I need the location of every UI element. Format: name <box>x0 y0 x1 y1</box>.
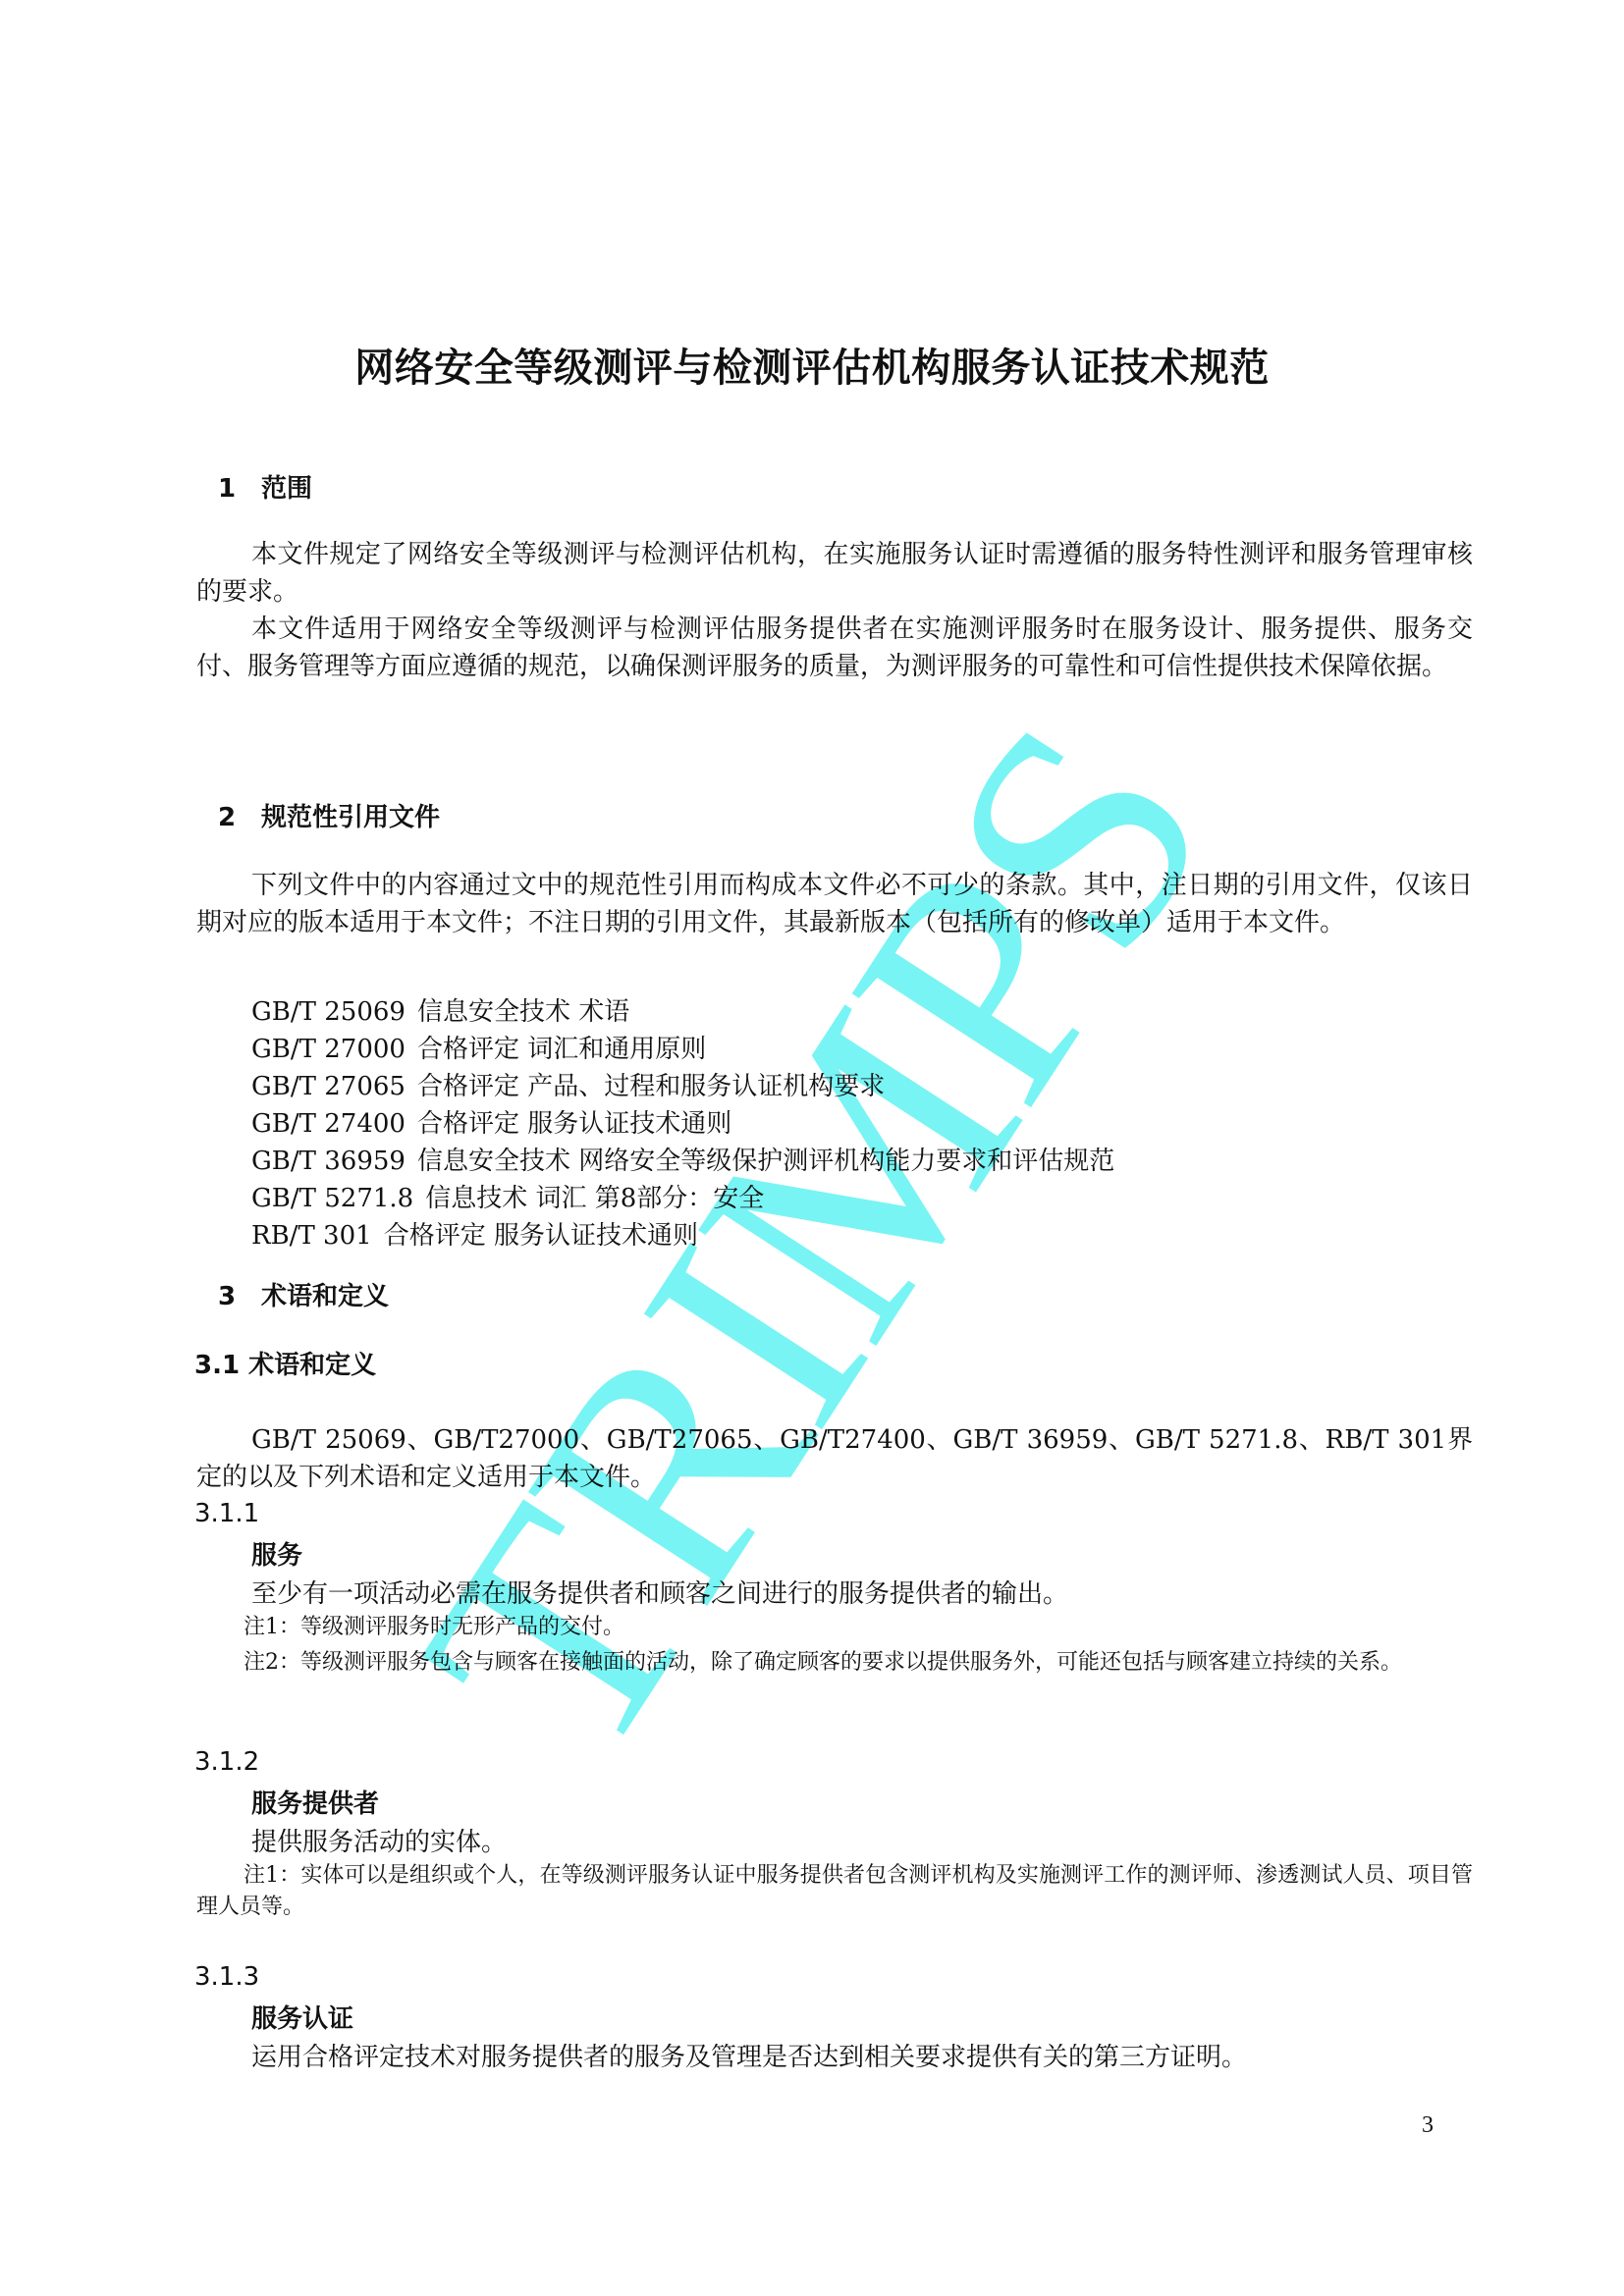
section-number: 1 <box>196 474 261 504</box>
term-note: 注2：等级测评服务包含与顾客在接触面的活动，除了确定顾客的要求以提供服务外，可能… <box>196 1647 1473 1679</box>
reference-item: GB/T 27000合格评定 词汇和通用原则 <box>251 1029 706 1065</box>
reference-title: 信息安全技术 术语 <box>417 997 629 1027</box>
subsection-number: 3.1 <box>194 1351 240 1380</box>
reference-item: GB/T 25069信息安全技术 术语 <box>251 991 629 1028</box>
reference-code: GB/T 27000 <box>251 1035 406 1064</box>
reference-item: GB/T 5271.8信息技术 词汇 第8部分：安全 <box>251 1178 764 1214</box>
reference-item: RB/T 301合格评定 服务认证技术通则 <box>251 1215 698 1252</box>
section-3-heading: 3术语和定义 <box>196 1276 389 1312</box>
page-number: 3 <box>1422 2112 1434 2139</box>
section-number: 3 <box>196 1282 261 1311</box>
reference-title: 合格评定 词汇和通用原则 <box>417 1035 706 1064</box>
reference-title: 信息技术 词汇 第8部分：安全 <box>425 1184 764 1213</box>
term-number: 3.1.3 <box>194 1962 259 1992</box>
paragraph: 下列文件中的内容通过文中的规范性引用而构成本文件必不可少的条款。其中，注日期的引… <box>196 867 1473 941</box>
reference-title: 信息安全技术 网络安全等级保护测评机构能力要求和评估规范 <box>417 1147 1114 1176</box>
paragraph: 本文件规定了网络安全等级测评与检测评估机构，在实施服务认证时需遵循的服务特性测评… <box>196 536 1473 611</box>
reference-title: 合格评定 产品、过程和服务认证机构要求 <box>417 1072 885 1101</box>
term-name: 服务 <box>251 1535 302 1572</box>
paragraph: GB/T 25069、GB/T27000、GB/T27065、GB/T27400… <box>196 1421 1473 1496</box>
document-title: 网络安全等级测评与检测评估机构服务认证技术规范 <box>0 337 1624 393</box>
subsection-3-1-heading: 3.1 术语和定义 <box>194 1345 376 1381</box>
section-title: 术语和定义 <box>261 1282 389 1311</box>
term-note: 注1：实体可以是组织或个人，在等级测评服务认证中服务提供者包含测评机构及实施测评… <box>196 1860 1473 1923</box>
term-name: 服务提供者 <box>251 1784 379 1820</box>
reference-code: RB/T 301 <box>251 1221 372 1251</box>
reference-code: GB/T 5271.8 <box>251 1184 413 1213</box>
term-definition: 运用合格评定技术对服务提供者的服务及管理是否达到相关要求提供有关的第三方证明。 <box>251 2037 1247 2073</box>
subsection-title: 术语和定义 <box>248 1351 376 1380</box>
reference-title: 合格评定 服务认证技术通则 <box>384 1221 698 1251</box>
reference-code: GB/T 27065 <box>251 1072 406 1101</box>
section-title: 范围 <box>261 474 312 504</box>
term-definition: 至少有一项活动必需在服务提供者和顾客之间进行的服务提供者的输出。 <box>251 1574 1068 1610</box>
term-number: 3.1.2 <box>194 1747 259 1777</box>
term-name: 服务认证 <box>251 1999 353 2035</box>
page-content: 网络安全等级测评与检测评估机构服务认证技术规范 1范围 本文件规定了网络安全等级… <box>0 0 1624 2296</box>
term-note: 注1：等级测评服务时无形产品的交付。 <box>196 1612 1473 1643</box>
section-title: 规范性引用文件 <box>261 803 440 832</box>
document-page: TRIMPS 网络安全等级测评与检测评估机构服务认证技术规范 1范围 本文件规定… <box>0 0 1624 2296</box>
reference-item: GB/T 27400合格评定 服务认证技术通则 <box>251 1103 731 1140</box>
section-1-heading: 1范围 <box>196 468 312 505</box>
reference-code: GB/T 25069 <box>251 997 406 1027</box>
section-number: 2 <box>196 803 261 832</box>
term-number: 3.1.1 <box>194 1499 259 1528</box>
reference-item: GB/T 36959信息安全技术 网络安全等级保护测评机构能力要求和评估规范 <box>251 1141 1114 1177</box>
reference-code: GB/T 27400 <box>251 1109 406 1139</box>
reference-title: 合格评定 服务认证技术通则 <box>417 1109 731 1139</box>
reference-code: GB/T 36959 <box>251 1147 406 1176</box>
paragraph: 本文件适用于网络安全等级测评与检测评估服务提供者在实施测评服务时在服务设计、服务… <box>196 611 1473 685</box>
section-2-heading: 2规范性引用文件 <box>196 797 440 833</box>
reference-item: GB/T 27065合格评定 产品、过程和服务认证机构要求 <box>251 1066 885 1102</box>
term-definition: 提供服务活动的实体。 <box>251 1822 507 1858</box>
